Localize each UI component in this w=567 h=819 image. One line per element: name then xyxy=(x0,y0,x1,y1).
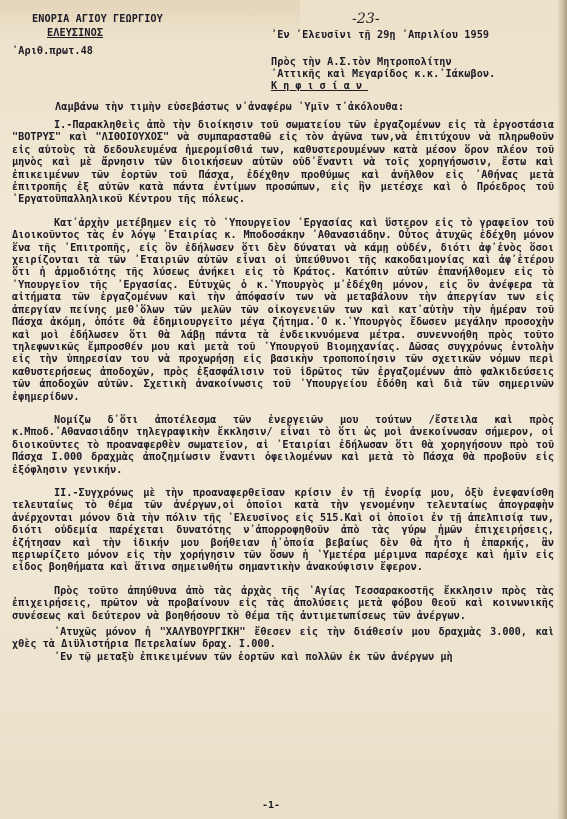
paragraph-appeal: Πρὸς τοῦτο ἀπηύθυνα ἀπὸ τὰς ἀρχὰς τῆς ῾Α… xyxy=(12,586,554,623)
paper-edge-shadow xyxy=(557,0,567,819)
parish-location: ΕΛΕΥΣΙΝΟΣ xyxy=(47,28,103,40)
recipient-line-2: ᾿Αττικῆς καὶ Μεγαρίδος κ.κ.᾿Ιάκωβον. xyxy=(271,69,495,81)
page-number: -1- xyxy=(262,800,280,811)
recipient-line-1: Πρὸς τὴν Α.Σ.τὸν Μητροπολίτην xyxy=(271,57,452,69)
paragraph-section-1: Ι.-Παρακληθεὶς ἀπὸ τὴν διοίκησιν τοῦ σωμ… xyxy=(12,120,554,207)
place-date-line: ᾿Εν ᾿Ελευσῖνι τῇ 29ῃ ᾿Απριλίου 1959 xyxy=(271,30,489,42)
paragraph-section-2: ΙΙ.-Συγχρόνως μὲ τὴν προαναφερθεῖσαν κρί… xyxy=(12,488,554,575)
paragraph-donations: ᾿Ατυχῶς μόνον ἡ "ΧΑΛΥΒΟΥΡΓΙΚΗ" ἔθεσεν εἰ… xyxy=(12,627,554,652)
protocol-number: ᾿Αριθ.πρωτ.48 xyxy=(12,46,93,58)
document-page: ΕΝΟΡΙΑ ΑΓΙΟΥ ΓΕΩΡΓΙΟΥ ΕΛΕΥΣΙΝΟΣ ᾿Αριθ.πρ… xyxy=(0,0,567,819)
archive-page-marker: -23- xyxy=(352,13,380,25)
paragraph-continuation: ᾿Εν τῷ μεταξὺ ἐπικειμένων τῶν ἑορτῶν καὶ… xyxy=(12,652,554,664)
paragraph-result: Νομίζω δ᾿ὅτι ἀποτέλεσμα τῶν ἐνεργειῶν μο… xyxy=(12,415,554,477)
recipient-city: Κηφισίαν xyxy=(271,81,368,93)
paragraph-ministry-visit: Κατ᾿ἀρχὴν μετέβημεν εἰς τὸ ῾Υπουργεῖον ᾿… xyxy=(12,218,554,404)
salutation: Λαμβάνω τὴν τιμὴν εὐσεβάστως ν᾿ἀναφέρω ῾… xyxy=(55,102,404,114)
letter-body: Ι.-Παρακληθεὶς ἀπὸ τὴν διοίκησιν τοῦ σωμ… xyxy=(12,120,554,664)
parish-name: ΕΝΟΡΙΑ ΑΓΙΟΥ ΓΕΩΡΓΙΟΥ xyxy=(32,14,163,26)
